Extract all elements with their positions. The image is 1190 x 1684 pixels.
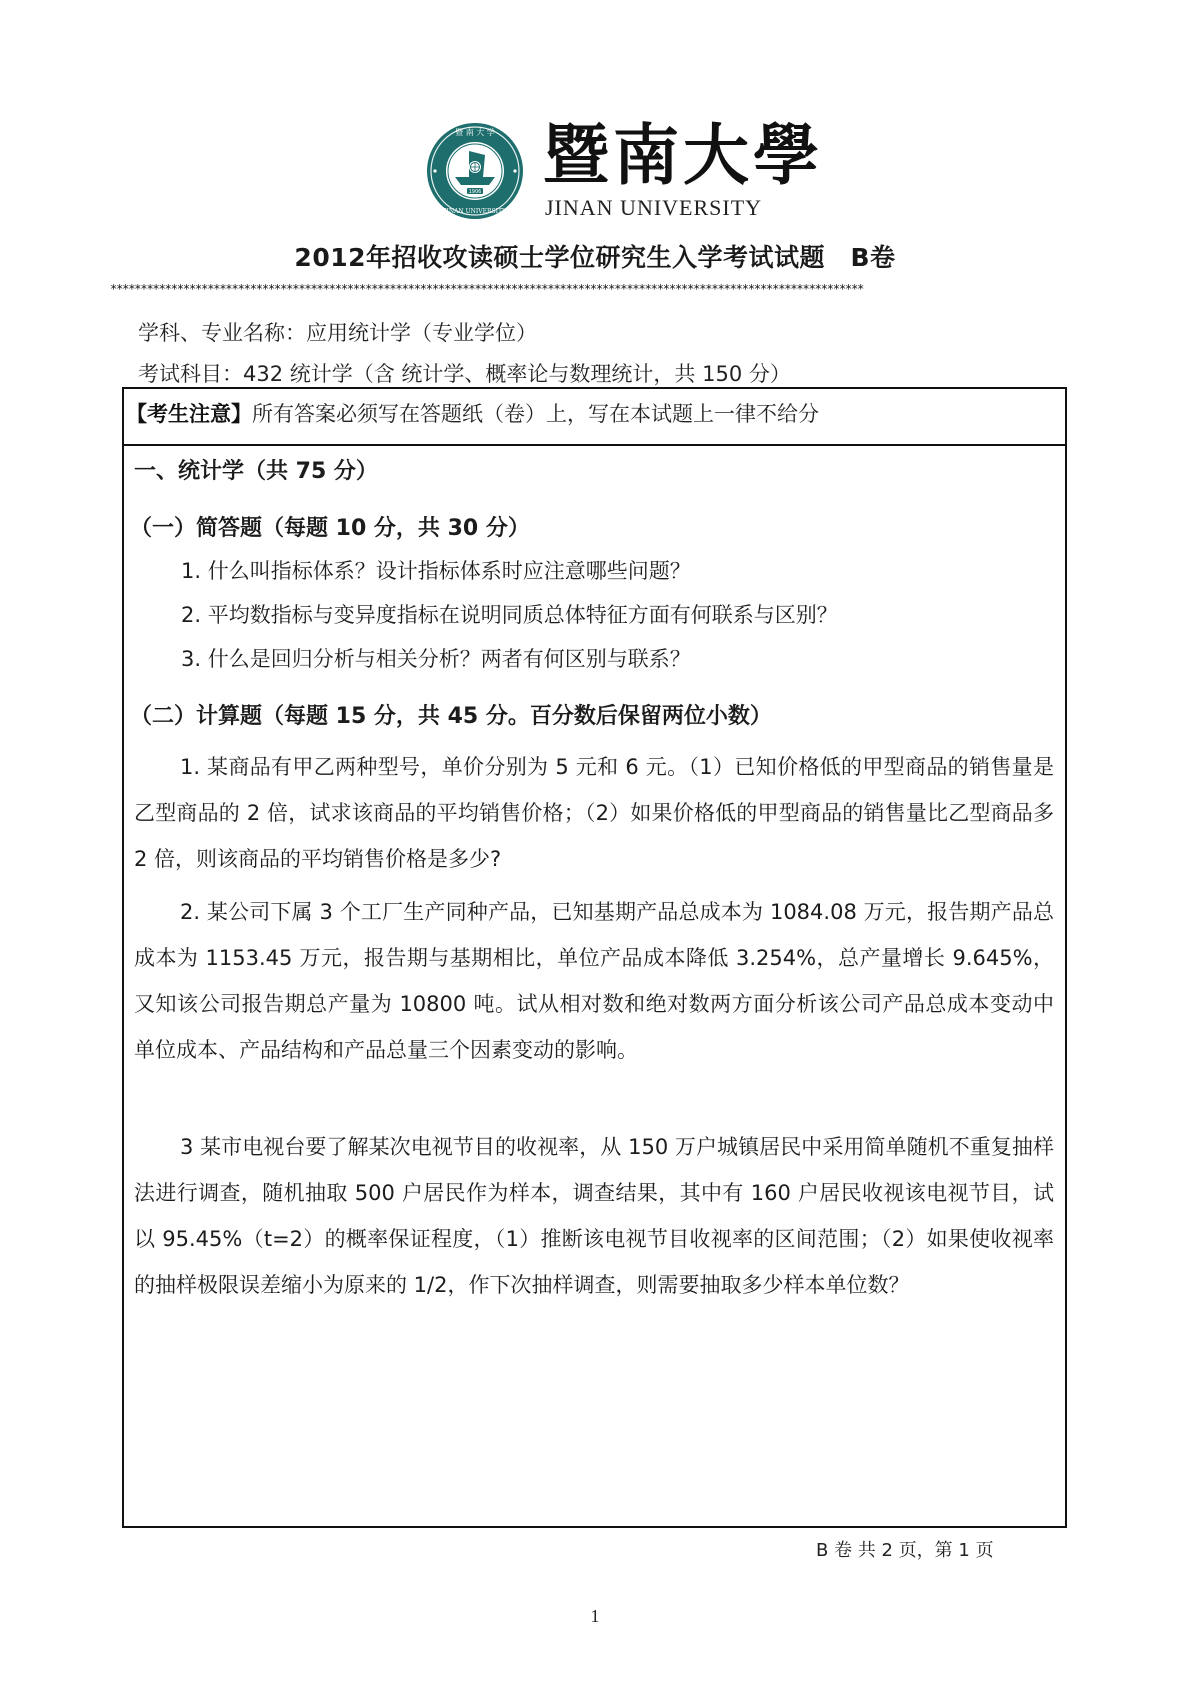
university-name-cn: 暨南大學 xyxy=(543,119,823,191)
section-title: 一、统计学（共 75 分） xyxy=(134,454,378,485)
candidate-notice: 【考生注意】所有答案必须写在答题纸（卷）上，写在本试题上一律不给分 xyxy=(126,398,819,428)
university-logo: 1906 暨 南 大 学 JINAN UNIVERSITY 暨南大學 JINAN… xyxy=(425,121,755,226)
major-name: 学科、专业名称：应用统计学（专业学位） xyxy=(138,317,537,347)
short-answer-question: 1. 什么叫指标体系？设计指标体系时应注意哪些问题？ xyxy=(181,555,691,585)
notice-label: 【考生注意】 xyxy=(126,402,252,426)
calculation-question: 2. 某公司下属 3 个工厂生产同种产品，已知基期产品总成本为 1084.08 … xyxy=(134,889,1054,1073)
exam-subject: 考试科目：432 统计学（含 统计学、概率论与数理统计，共 150 分） xyxy=(138,358,791,388)
page-info: B 卷 共 2 页，第 1 页 xyxy=(816,1536,994,1562)
page-number: 1 xyxy=(0,1606,1190,1627)
part-title-short-answer: （一）简答题（每题 10 分，共 30 分） xyxy=(130,511,530,542)
exam-content-frame: 【考生注意】所有答案必须写在答题纸（卷）上，写在本试题上一律不给分 一、统计学（… xyxy=(122,387,1067,1528)
notice-divider xyxy=(124,444,1065,446)
part-title-calculation: （二）计算题（每题 15 分，共 45 分。百分数后保留两位小数） xyxy=(130,699,772,730)
short-answer-question: 2. 平均数指标与变异度指标在说明同质总体特征方面有何联系与区别？ xyxy=(181,599,838,629)
calculation-question: 3 某市电视台要了解某次电视节目的收视率，从 150 万户城镇居民中采用简单随机… xyxy=(134,1124,1054,1308)
separator-line: ****************************************… xyxy=(110,282,1070,296)
university-seal-icon: 1906 暨 南 大 学 JINAN UNIVERSITY xyxy=(425,121,525,221)
calculation-question: 1. 某商品有甲乙两种型号，单价分别为 5 元和 6 元。（1）已知价格低的甲型… xyxy=(134,744,1054,882)
short-answer-question: 3. 什么是回归分析与相关分析？两者有何区别与联系？ xyxy=(181,643,691,673)
notice-text: 所有答案必须写在答题纸（卷）上，写在本试题上一律不给分 xyxy=(252,402,819,426)
svg-text:JINAN UNIVERSITY: JINAN UNIVERSITY xyxy=(443,208,507,215)
svg-text:1906: 1906 xyxy=(469,189,482,195)
university-name-en: JINAN UNIVERSITY xyxy=(545,195,762,221)
svg-text:暨 南 大 学: 暨 南 大 学 xyxy=(455,127,495,137)
exam-title: 2012年招收攻读硕士学位研究生入学考试试题 B卷 xyxy=(0,238,1190,274)
